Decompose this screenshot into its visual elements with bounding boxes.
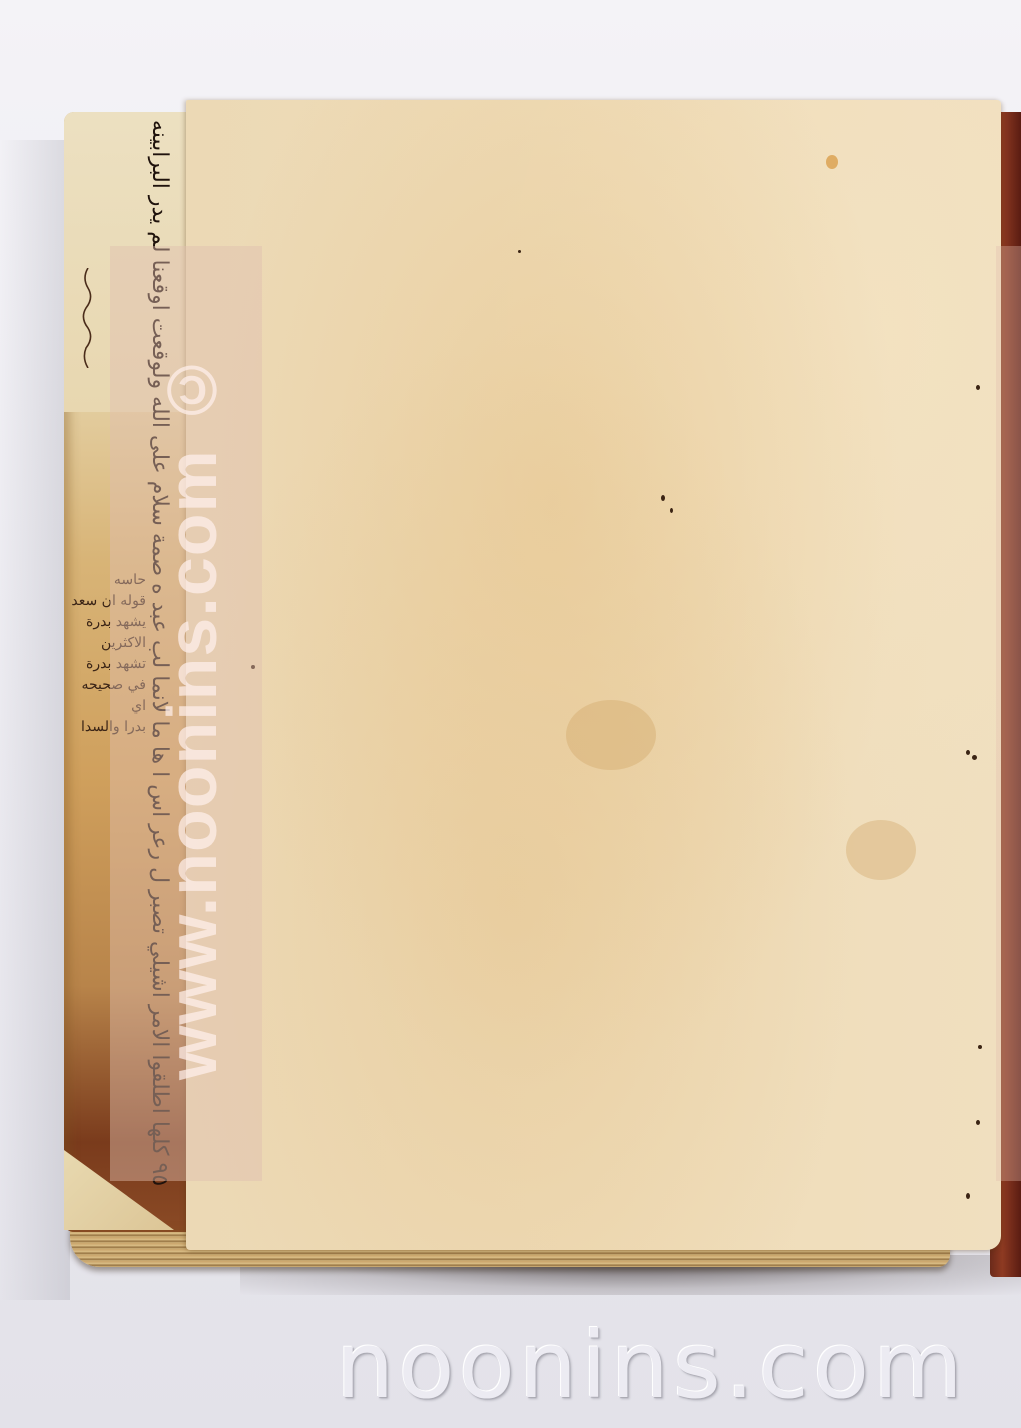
ink-spot <box>966 1193 970 1199</box>
stain <box>826 155 838 169</box>
ink-spot <box>976 385 980 390</box>
ink-spot <box>976 1120 980 1125</box>
watermark-bottom: noonins.com <box>336 1316 946 1416</box>
ink-spot <box>661 495 665 501</box>
ink-squiggle-icon <box>78 268 98 368</box>
stain <box>846 820 916 880</box>
background-shadow <box>0 140 70 1300</box>
ink-spot <box>670 508 673 513</box>
ink-spot <box>518 250 521 253</box>
watermark-right-strip <box>996 246 1021 1181</box>
ink-spot <box>966 750 970 755</box>
ink-spot <box>978 1045 982 1049</box>
stain <box>566 700 656 770</box>
ink-spot <box>972 755 977 760</box>
watermark-vertical-text: www.noonins.com © <box>152 252 232 1177</box>
blank-manuscript-page <box>186 100 1001 1250</box>
